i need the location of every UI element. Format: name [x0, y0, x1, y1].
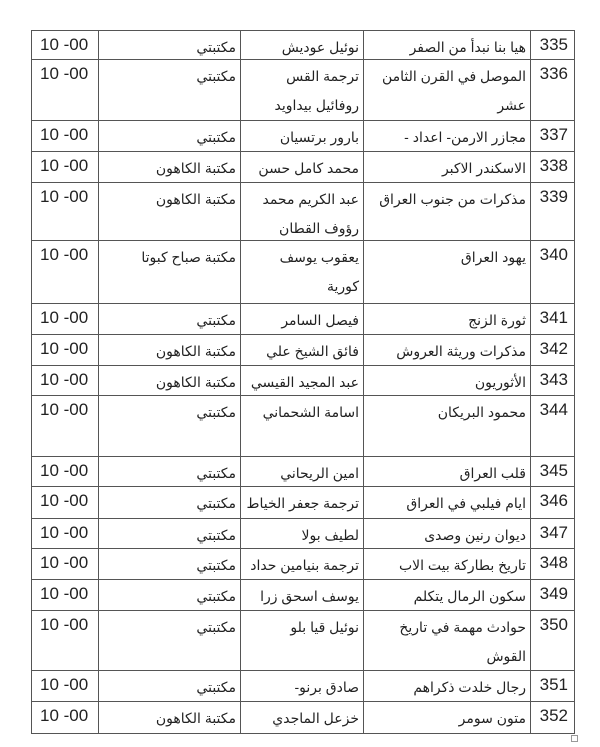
row-number: 350 [530, 611, 574, 670]
book-author: عبد الكريم محمد رؤوف القطان [240, 183, 363, 240]
row-number: 349 [530, 580, 574, 610]
row-number: 351 [530, 671, 574, 701]
book-title: ثورة الزنج [363, 304, 530, 334]
table-row: 350حوادث مهمة في تاريخ القوشنوئيل قيا بل… [32, 611, 574, 671]
book-title: متون سومر [363, 702, 530, 733]
book-author: فيصل السامر [240, 304, 363, 334]
table-row: 351رجال خلدت ذكراهمصادق برنو-مكتبتي10 -0… [32, 671, 574, 702]
book-publisher: مكتبة الكاهون [98, 702, 240, 733]
table-row: 347ديوان رنين وصدىلطيف بولامكتبتي10 -00 [32, 519, 574, 549]
row-number: 346 [530, 487, 574, 518]
book-price: 10 -00 [32, 580, 98, 610]
book-publisher: مكتبتي [98, 304, 240, 334]
table-row: 349سكون الرمال يتكلميوسف اسحق زرامكتبتي1… [32, 580, 574, 611]
book-price: 10 -00 [32, 611, 98, 670]
table-row: 344محمود البريكاناسامة الشحمانيمكتبتي10 … [32, 396, 574, 457]
book-title: تاريخ بطاركة بيت الاب [363, 549, 530, 579]
book-price: 10 -00 [32, 241, 98, 303]
book-price: 10 -00 [32, 519, 98, 548]
row-number: 335 [530, 31, 574, 59]
table-row: 337مجازر الارمن- اعداد -بارور برتسيانمكت… [32, 121, 574, 152]
book-title: مذكرات من جنوب العراق [363, 183, 530, 240]
book-title: ديوان رنين وصدى [363, 519, 530, 548]
book-title: حوادث مهمة في تاريخ القوش [363, 611, 530, 670]
table-row: 343الأثوريونعبد المجيد القيسيمكتبة الكاه… [32, 366, 574, 396]
book-price: 10 -00 [32, 396, 98, 456]
book-price: 10 -00 [32, 60, 98, 120]
book-publisher: مكتبة الكاهون [98, 183, 240, 240]
table-row: 336الموصل في القرن الثامن عشرترجمة القس … [32, 60, 574, 121]
table-row: 346ايام فيلبي في العراقترجمة جعفر الخياط… [32, 487, 574, 519]
book-price: 10 -00 [32, 549, 98, 579]
book-author: ترجمة القس روفائيل بيداويد [240, 60, 363, 120]
table-row: 338الاسكندر الاكبرمحمد كامل حسنمكتبة الك… [32, 152, 574, 183]
row-number: 352 [530, 702, 574, 733]
book-publisher: مكتبتي [98, 31, 240, 59]
book-price: 10 -00 [32, 121, 98, 151]
book-publisher: مكتبتي [98, 519, 240, 548]
row-number: 344 [530, 396, 574, 456]
book-author: صادق برنو- [240, 671, 363, 701]
book-publisher: مكتبة صباح كبوتا [98, 241, 240, 303]
row-number: 336 [530, 60, 574, 120]
book-publisher: مكتبتي [98, 121, 240, 151]
book-price: 10 -00 [32, 366, 98, 395]
book-title: مذكرات وريثة العروش [363, 335, 530, 365]
book-price: 10 -00 [32, 183, 98, 240]
book-author: خزعل الماجدي [240, 702, 363, 733]
book-title: الاسكندر الاكبر [363, 152, 530, 182]
book-author: اسامة الشحماني [240, 396, 363, 456]
book-list-table: 335هيا بنا نبدأ من الصفرنوئيل عوديشمكتبت… [31, 30, 575, 734]
table-row: 340يهود العراقيعقوب يوسف كوريةمكتبة صباح… [32, 241, 574, 304]
book-publisher: مكتبة الكاهون [98, 366, 240, 395]
book-author: فائق الشيخ علي [240, 335, 363, 365]
book-title: سكون الرمال يتكلم [363, 580, 530, 610]
row-number: 337 [530, 121, 574, 151]
table-row: 348تاريخ بطاركة بيت الابترجمة بنيامين حد… [32, 549, 574, 580]
book-publisher: مكتبتي [98, 396, 240, 456]
row-number: 348 [530, 549, 574, 579]
row-number: 345 [530, 457, 574, 486]
book-title: قلب العراق [363, 457, 530, 486]
book-price: 10 -00 [32, 671, 98, 701]
book-author: عبد المجيد القيسي [240, 366, 363, 395]
book-author: لطيف بولا [240, 519, 363, 548]
book-title: الأثوريون [363, 366, 530, 395]
book-title: الموصل في القرن الثامن عشر [363, 60, 530, 120]
book-author: ترجمة جعفر الخياط [240, 487, 363, 518]
book-title: هيا بنا نبدأ من الصفر [363, 31, 530, 59]
book-title: ايام فيلبي في العراق [363, 487, 530, 518]
book-publisher: مكتبتي [98, 457, 240, 486]
book-author: يعقوب يوسف كورية [240, 241, 363, 303]
book-publisher: مكتبتي [98, 580, 240, 610]
book-author: محمد كامل حسن [240, 152, 363, 182]
book-price: 10 -00 [32, 152, 98, 182]
book-price: 10 -00 [32, 702, 98, 733]
book-publisher: مكتبتي [98, 549, 240, 579]
row-number: 340 [530, 241, 574, 303]
book-price: 10 -00 [32, 487, 98, 518]
book-title: رجال خلدت ذكراهم [363, 671, 530, 701]
book-title: مجازر الارمن- اعداد - [363, 121, 530, 151]
book-author: بارور برتسيان [240, 121, 363, 151]
book-price: 10 -00 [32, 335, 98, 365]
table-row: 352متون سومرخزعل الماجديمكتبة الكاهون10 … [32, 702, 574, 733]
book-publisher: مكتبة الكاهون [98, 335, 240, 365]
book-publisher: مكتبتي [98, 611, 240, 670]
table-row: 345قلب العراقامين الريحانيمكتبتي10 -00 [32, 457, 574, 487]
book-publisher: مكتبتي [98, 487, 240, 518]
book-publisher: مكتبتي [98, 60, 240, 120]
table-row: 341ثورة الزنجفيصل السامرمكتبتي10 -00 [32, 304, 574, 335]
row-number: 338 [530, 152, 574, 182]
book-price: 10 -00 [32, 31, 98, 59]
book-price: 10 -00 [32, 304, 98, 334]
book-author: نوئيل عوديش [240, 31, 363, 59]
row-number: 339 [530, 183, 574, 240]
book-publisher: مكتبتي [98, 671, 240, 701]
book-price: 10 -00 [32, 457, 98, 486]
book-author: يوسف اسحق زرا [240, 580, 363, 610]
row-number: 342 [530, 335, 574, 365]
book-title: يهود العراق [363, 241, 530, 303]
book-author: ترجمة بنيامين حداد [240, 549, 363, 579]
table-row: 342مذكرات وريثة العروشفائق الشيخ عليمكتب… [32, 335, 574, 366]
table-row: 339مذكرات من جنوب العراقعبد الكريم محمد … [32, 183, 574, 241]
row-number: 347 [530, 519, 574, 548]
table-row: 335هيا بنا نبدأ من الصفرنوئيل عوديشمكتبت… [32, 31, 574, 60]
book-author: نوئيل قيا بلو [240, 611, 363, 670]
book-publisher: مكتبة الكاهون [98, 152, 240, 182]
book-title: محمود البريكان [363, 396, 530, 456]
book-author: امين الريحاني [240, 457, 363, 486]
row-number: 343 [530, 366, 574, 395]
row-number: 341 [530, 304, 574, 334]
table-resize-handle[interactable] [571, 735, 578, 742]
